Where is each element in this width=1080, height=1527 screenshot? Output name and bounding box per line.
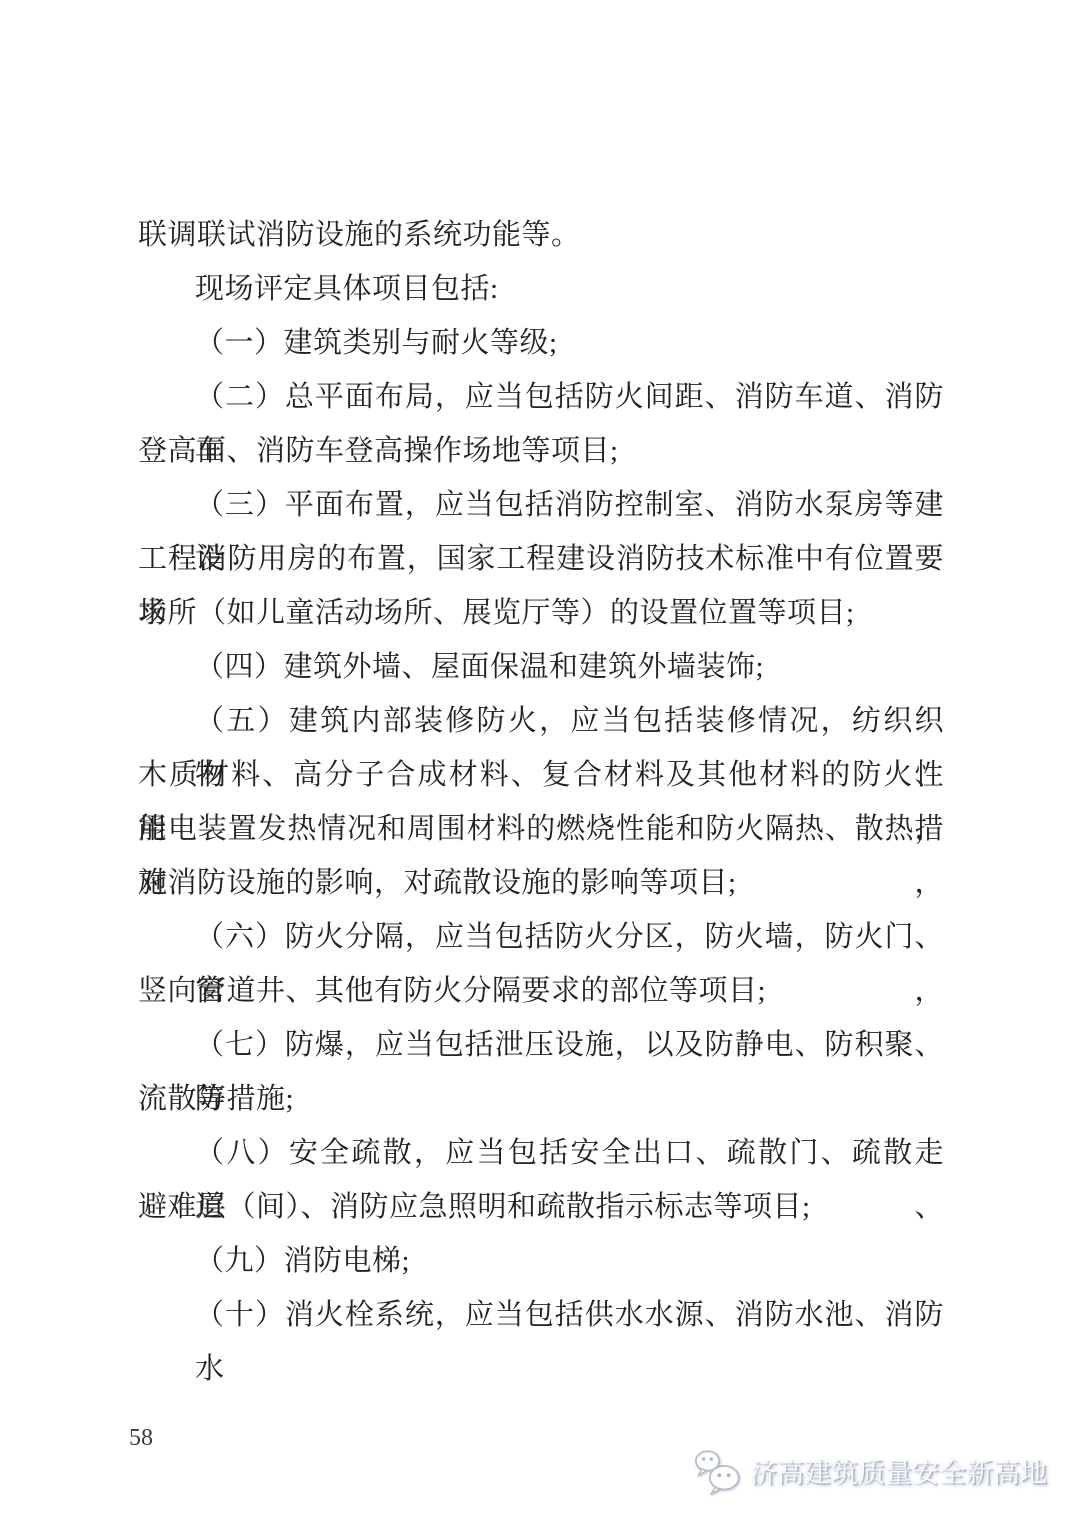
brand-text: 济高建筑质量安全新高地 <box>750 1449 1047 1497</box>
body-line: （七）防爆，应当包括泄压设施，以及防静电、防积聚、防 <box>138 1018 944 1072</box>
body-line: （一）建筑类别与耐火等级; <box>138 316 944 370</box>
document-body: 联调联试消防设施的系统功能等。现场评定具体项目包括:（一）建筑类别与耐火等级;（… <box>138 208 944 1342</box>
body-line: 用电装置发热情况和周围材料的燃烧性能和防火隔热、散热措施， <box>138 802 944 856</box>
page-number: 58 <box>129 1424 153 1452</box>
body-line: （九）消防电梯; <box>138 1234 944 1288</box>
body-line: 场所（如儿童活动场所、展览厅等）的设置位置等项目; <box>138 586 944 640</box>
body-line: （六）防火分隔，应当包括防火分区，防火墙，防火门、窗， <box>138 910 944 964</box>
body-line: （二）总平面布局，应当包括防火间距、消防车道、消防车 <box>138 370 944 424</box>
body-line: （三）平面布置，应当包括消防控制室、消防水泵房等建设 <box>138 478 944 532</box>
body-line: （四）建筑外墙、屋面保温和建筑外墙装饰; <box>138 640 944 694</box>
body-line: （十）消火栓系统，应当包括供水水源、消防水池、消防水 <box>138 1288 944 1342</box>
document-page: 联调联试消防设施的系统功能等。现场评定具体项目包括:（一）建筑类别与耐火等级;（… <box>0 0 1080 1527</box>
body-line: 工程消防用房的布置，国家工程建设消防技术标准中有位置要求 <box>138 532 944 586</box>
body-line: 木质材料、高分子合成材料、复合材料及其他材料的防火性能， <box>138 748 944 802</box>
body-line: 联调联试消防设施的系统功能等。 <box>138 208 944 262</box>
wechat-icon <box>694 1449 742 1497</box>
body-line: （八）安全疏散，应当包括安全出口、疏散门、疏散走道、 <box>138 1126 944 1180</box>
body-line: 登高面、消防车登高操作场地等项目; <box>138 424 944 478</box>
body-line: 现场评定具体项目包括: <box>138 262 944 316</box>
body-line: （五）建筑内部装修防火，应当包括装修情况，纺织织物、 <box>138 694 944 748</box>
brand-footer: 济高建筑质量安全新高地 <box>694 1449 1047 1497</box>
body-line: 流散等措施; <box>138 1072 944 1126</box>
